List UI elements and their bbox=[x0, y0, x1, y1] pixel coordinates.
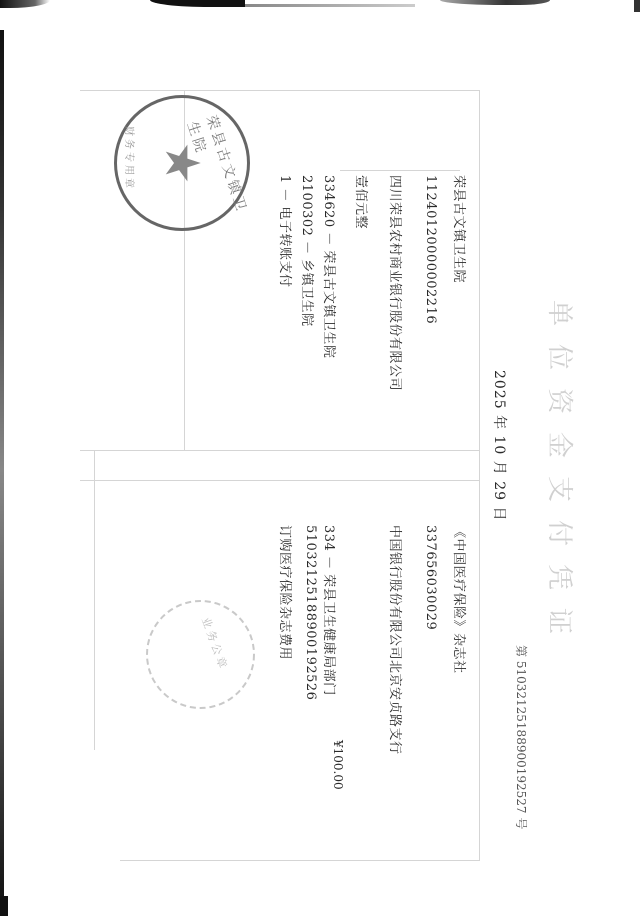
voucher-title: 单位资金支付凭证 bbox=[543, 300, 580, 652]
function-subject: 2100302 － 乡镇卫生院 bbox=[299, 175, 318, 327]
payment-purpose: 订购医疗保险杂志费用 bbox=[277, 525, 296, 660]
amount-in-words: 壹佰元整 bbox=[353, 175, 372, 229]
table-border bbox=[479, 90, 480, 860]
table-border bbox=[80, 450, 480, 451]
table-border bbox=[80, 90, 480, 91]
table-border bbox=[120, 860, 480, 861]
amount-figure: ¥100.00 bbox=[331, 740, 345, 790]
voucher-reference: 51032125188900192526 bbox=[303, 525, 318, 700]
department: 334 － 荣县卫生健康局部门 bbox=[321, 525, 340, 696]
budget-unit: 334620 － 荣县古文镇卫生院 bbox=[321, 175, 340, 358]
payer-seal: 荣县古文镇卫生院 ★ 财务专用章 bbox=[114, 95, 250, 231]
payer-bank: 四川荣县农村商业银行股份有限公司 bbox=[387, 175, 406, 391]
payment-voucher: 单位资金支付凭证 第 51032125188900192527 号 2025 年… bbox=[0, 0, 640, 916]
table-border bbox=[80, 480, 480, 481]
bank-seal: 业务公章 bbox=[146, 600, 255, 709]
payee-account: 337656030029 bbox=[423, 525, 438, 630]
voucher-date: 2025 年 10 月 29 日 bbox=[490, 370, 510, 522]
payee-bank: 中国银行股份有限公司北京安贞路支行 bbox=[387, 525, 406, 755]
voucher-number: 第 51032125188900192527 号 bbox=[513, 645, 530, 829]
payee-name: 《中国医疗保险》杂志社 bbox=[451, 525, 470, 674]
table-border bbox=[94, 450, 95, 750]
payer-name: 荣县古文镇卫生院 bbox=[451, 175, 470, 283]
payment-method: 1 － 电子转账支付 bbox=[277, 175, 296, 288]
payer-account: 11240120000002216 bbox=[423, 175, 438, 324]
table-border bbox=[340, 170, 460, 171]
